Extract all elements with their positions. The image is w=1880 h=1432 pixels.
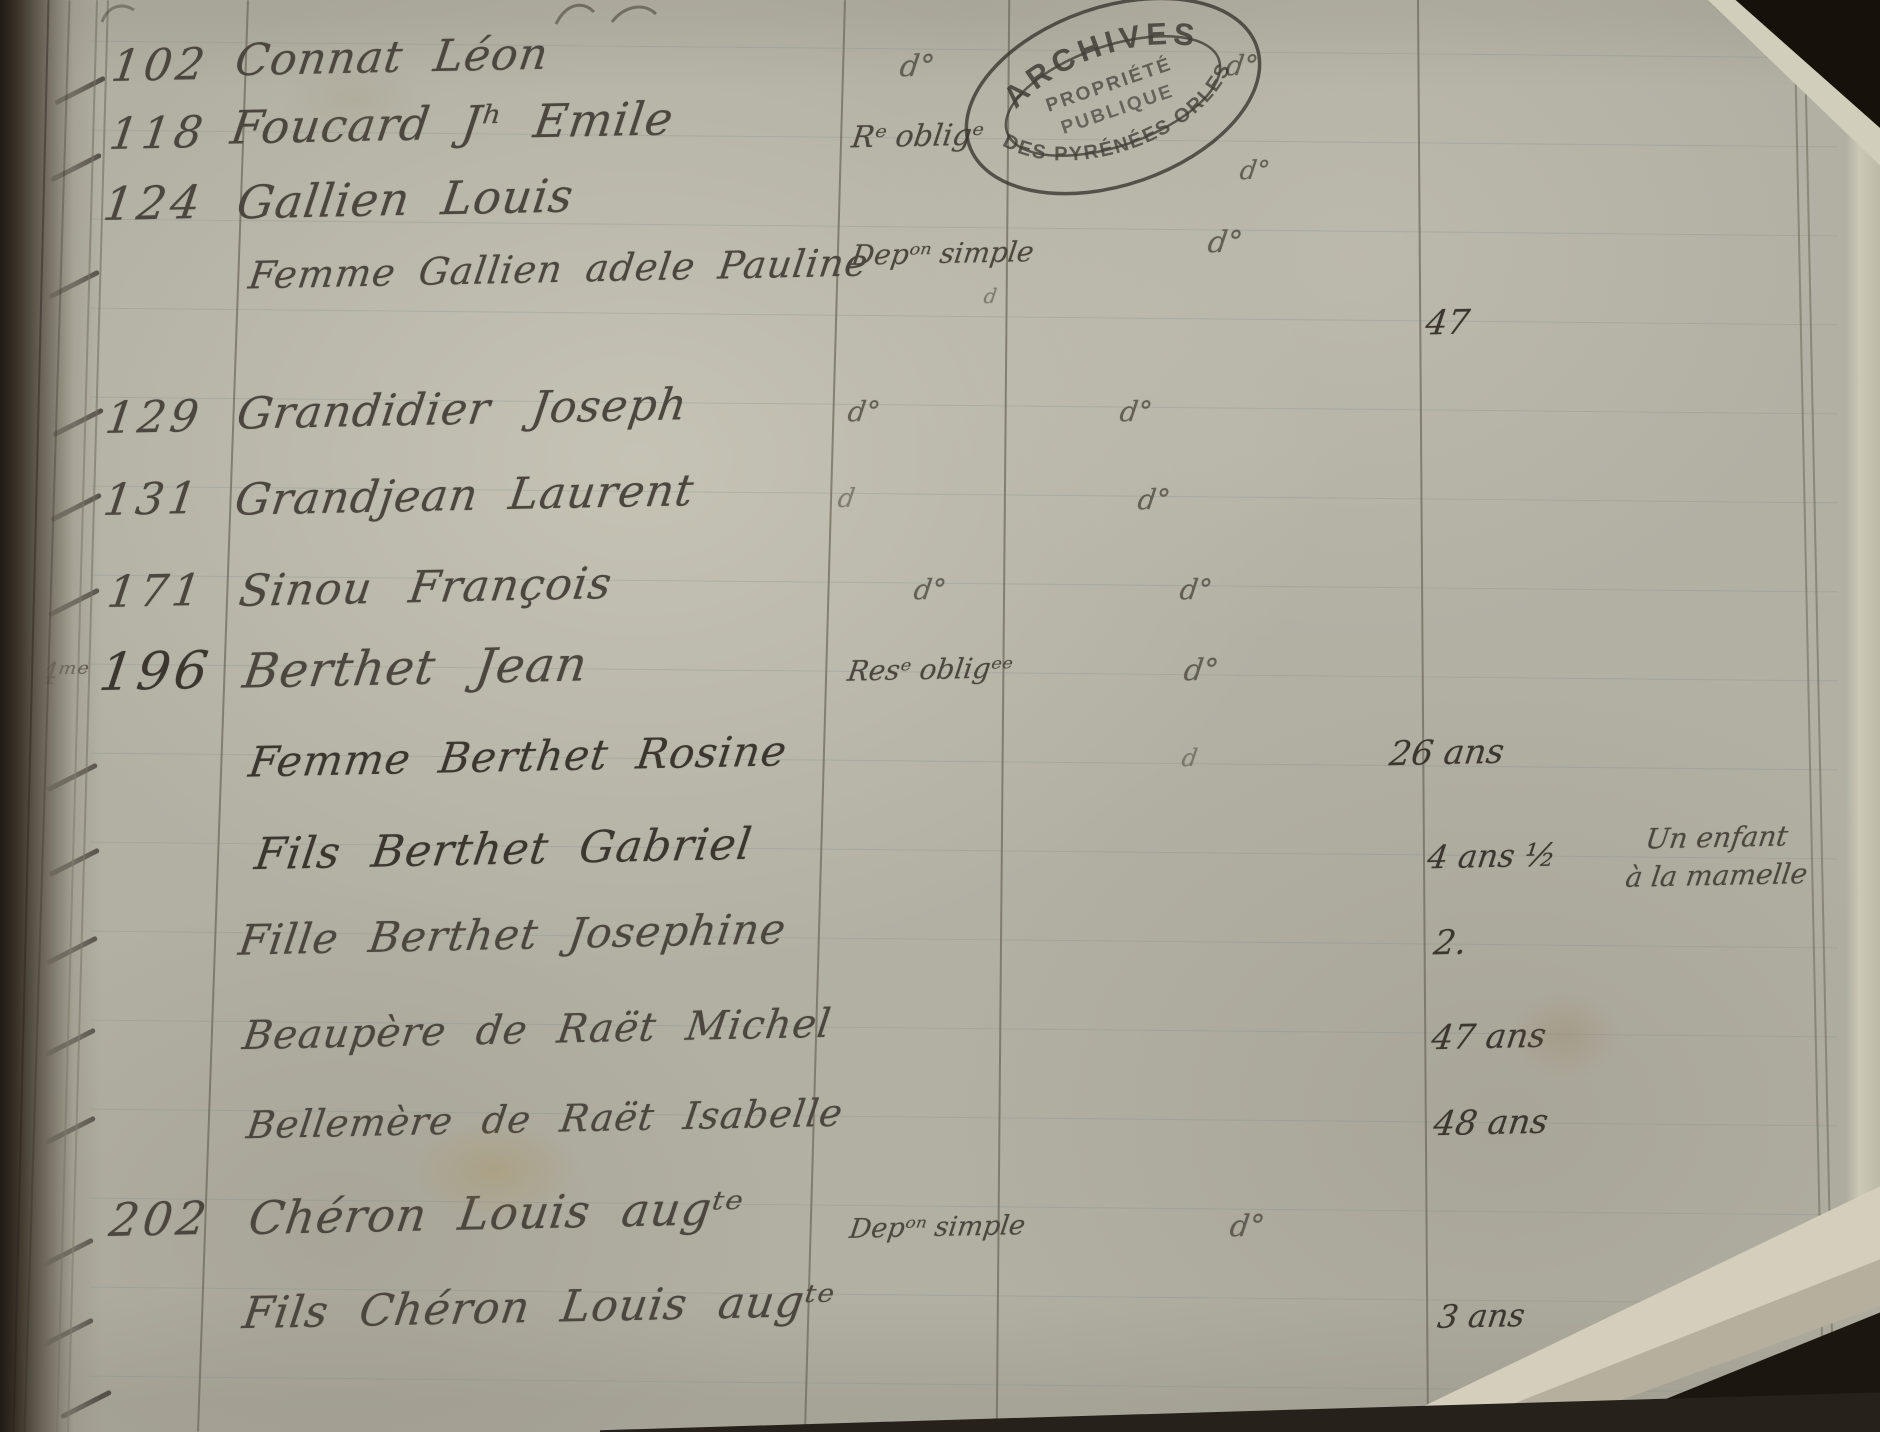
person-name: Sinou François bbox=[236, 562, 614, 614]
ditto-mark: d° bbox=[1206, 228, 1244, 259]
ditto-mark: d° bbox=[912, 576, 948, 605]
partial-stroke bbox=[96, 0, 156, 24]
entry-number: 102 bbox=[109, 43, 211, 89]
residence-note: Depᵒⁿ simple bbox=[848, 1212, 1027, 1243]
entry-number: 131 bbox=[101, 477, 203, 523]
person-name: Berthet Jean bbox=[240, 640, 591, 695]
paper-stain bbox=[410, 1120, 580, 1220]
ditto-mark: d° bbox=[1238, 158, 1271, 185]
age-value: 4 ans ½ bbox=[1426, 839, 1559, 874]
paper-stain bbox=[1140, 380, 1360, 520]
person-name: Grandjean Laurent bbox=[232, 469, 697, 523]
entry-number: 129 bbox=[103, 395, 205, 441]
ditto-mark: d° bbox=[1182, 656, 1220, 687]
person-name: Grandidier Joseph bbox=[234, 383, 690, 436]
observation-note-line2: à la mamelle bbox=[1624, 860, 1809, 892]
age-value: 2. bbox=[1432, 926, 1469, 961]
ditto-mark: d° bbox=[1228, 1212, 1266, 1243]
residence-note: Depᵒⁿ simple bbox=[850, 238, 1036, 270]
entry-number: 196 bbox=[96, 645, 215, 699]
entry-number: 124 bbox=[101, 179, 207, 227]
ditto-mark: d bbox=[836, 486, 856, 512]
residence-note: Resᵉ obligᵉᵉ bbox=[846, 654, 1014, 685]
page-edge-right bbox=[1846, 90, 1880, 1270]
person-name: Fils Chéron Louis augᵗᵉ bbox=[240, 1280, 837, 1336]
person-name: Beaupère de Raët Michel bbox=[240, 1004, 833, 1056]
age-value: 3 ans bbox=[1436, 1299, 1527, 1333]
entry-number: 118 bbox=[107, 111, 209, 157]
row-rule bbox=[90, 308, 1838, 326]
paper-stain bbox=[1510, 990, 1620, 1080]
entry-number: 171 bbox=[105, 569, 207, 615]
paper-stain bbox=[280, 60, 430, 140]
ditto-mark: d bbox=[983, 286, 999, 306]
person-name: Fille Berthet Josephine bbox=[236, 908, 789, 961]
ditto-mark: d° bbox=[846, 398, 882, 427]
age-value: 47 bbox=[1424, 306, 1472, 341]
observation-note-line1: Un enfant bbox=[1644, 823, 1790, 854]
entry-number: 202 bbox=[107, 1195, 213, 1243]
partial-stroke bbox=[552, 0, 692, 26]
person-name: Fils Berthet Gabriel bbox=[252, 823, 755, 877]
person-name: Gallien Louis bbox=[234, 172, 576, 225]
age-value: 26 ans bbox=[1387, 735, 1506, 771]
ditto-mark: d° bbox=[1178, 576, 1214, 605]
register-page: 102 Connat Léon d° d° 118 Foucard Jʰ Emi… bbox=[0, 0, 1880, 1432]
person-name: Femme Berthet Rosine bbox=[246, 730, 790, 783]
age-value: 48 ans bbox=[1431, 1105, 1550, 1141]
book-gutter bbox=[0, 0, 102, 1432]
